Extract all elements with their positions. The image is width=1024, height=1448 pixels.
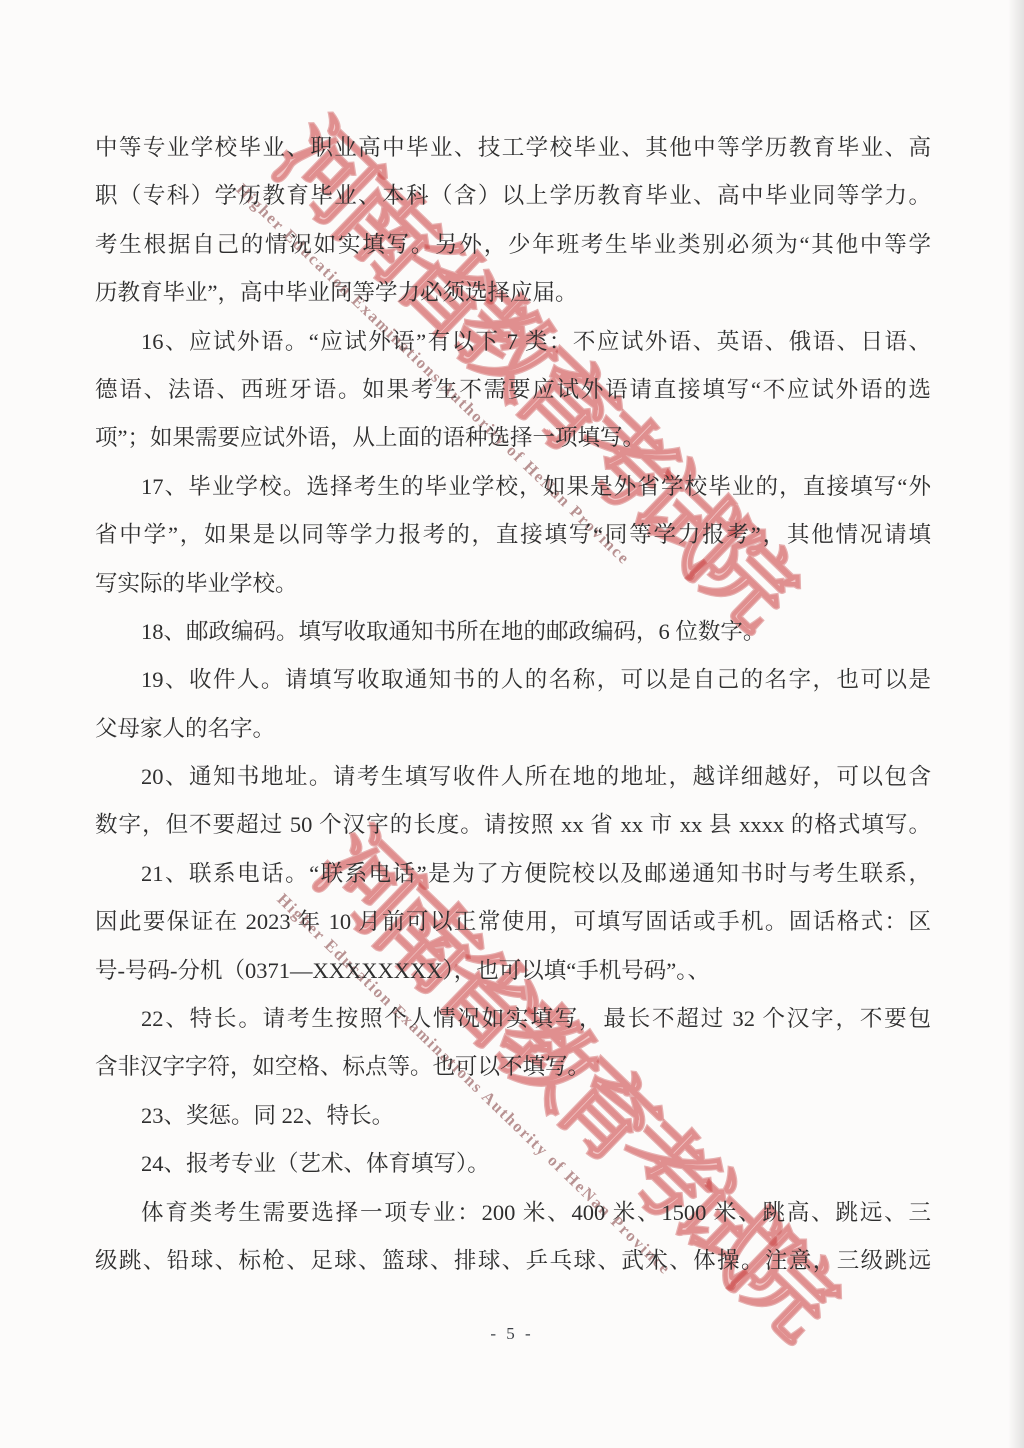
text-line: 历教育毕业”，高中毕业同等学力必须选择应届。 (95, 269, 931, 317)
text-line: 体育类考生需要选择一项专业：200 米、400 米、1500 米、跳高、跳远、三 (95, 1189, 931, 1237)
text-line: 级跳、铅球、标枪、足球、篮球、排球、乒乓球、武术、体操。注意，三级跳远 (95, 1237, 931, 1285)
paragraph: 24、报考专业（艺术、体育填写）。 (95, 1140, 931, 1188)
paragraph: 21、联系电话。“联系电话”是为了方便院校以及邮递通知书时与考生联系，因此要保证… (95, 850, 931, 995)
page-number: - 5 - (0, 1324, 1024, 1344)
text-line: 含非汉字字符，如空格、标点等。也可以不填写。 (95, 1043, 931, 1091)
paragraph: 22、特长。请考生按照个人情况如实填写，最长不超过 32 个汉字，不要包含非汉字… (95, 995, 931, 1092)
scan-edge-shadow (1008, 0, 1024, 1448)
paragraph: 18、邮政编码。填写收取通知书所在地的邮政编码，6 位数字。 (95, 608, 931, 656)
document-page: 河南省教育考试院 Higher Education Examinations A… (0, 0, 1024, 1448)
text-line: 22、特长。请考生按照个人情况如实填写，最长不超过 32 个汉字，不要包 (95, 995, 931, 1043)
paragraph: 体育类考生需要选择一项专业：200 米、400 米、1500 米、跳高、跳远、三… (95, 1189, 931, 1286)
paragraph: 17、毕业学校。选择考生的毕业学校，如果是外省学校毕业的，直接填写“外省中学”，… (95, 463, 931, 608)
text-line: 17、毕业学校。选择考生的毕业学校，如果是外省学校毕业的，直接填写“外 (95, 463, 931, 511)
text-line: 数字，但不要超过 50 个汉字的长度。请按照 xx 省 xx 市 xx 县 xx… (95, 801, 931, 849)
text-line: 24、报考专业（艺术、体育填写）。 (95, 1140, 931, 1188)
text-line: 中等专业学校毕业、职业高中毕业、技工学校毕业、其他中等学历教育毕业、高 (95, 124, 931, 172)
text-line: 19、收件人。请填写收取通知书的人的名称，可以是自己的名字，也可以是 (95, 656, 931, 704)
text-line: 号-号码-分机（0371—XXXXXXXX），也可以填“手机号码”。、 (95, 947, 931, 995)
text-line: 18、邮政编码。填写收取通知书所在地的邮政编码，6 位数字。 (95, 608, 931, 656)
text-line: 写实际的毕业学校。 (95, 560, 931, 608)
paragraph: 23、奖惩。同 22、特长。 (95, 1092, 931, 1140)
paragraph: 16、应试外语。“应试外语”有以下 7 类：不应试外语、英语、俄语、日语、德语、… (95, 318, 931, 463)
paragraph: 中等专业学校毕业、职业高中毕业、技工学校毕业、其他中等学历教育毕业、高职（专科）… (95, 124, 931, 318)
text-line: 16、应试外语。“应试外语”有以下 7 类：不应试外语、英语、俄语、日语、 (95, 318, 931, 366)
text-line: 21、联系电话。“联系电话”是为了方便院校以及邮递通知书时与考生联系， (95, 850, 931, 898)
text-line: 20、通知书地址。请考生填写收件人所在地的地址，越详细越好，可以包含 (95, 753, 931, 801)
text-line: 职（专科）学历教育毕业、本科（含）以上学历教育毕业、高中毕业同等学力。 (95, 172, 931, 220)
text-line: 23、奖惩。同 22、特长。 (95, 1092, 931, 1140)
text-line: 德语、法语、西班牙语。如果考生不需要应试外语请直接填写“不应试外语的选 (95, 366, 931, 414)
text-line: 父母家人的名字。 (95, 705, 931, 753)
text-line: 因此要保证在 2023 年 10 月前可以正常使用，可填写固话或手机。固话格式：… (95, 898, 931, 946)
paragraph: 19、收件人。请填写收取通知书的人的名称，可以是自己的名字，也可以是父母家人的名… (95, 656, 931, 753)
paragraph: 20、通知书地址。请考生填写收件人所在地的地址，越详细越好，可以包含数字，但不要… (95, 753, 931, 850)
text-line: 考生根据自己的情况如实填写。另外，少年班考生毕业类别必须为“其他中等学 (95, 221, 931, 269)
document-body: 中等专业学校毕业、职业高中毕业、技工学校毕业、其他中等学历教育毕业、高职（专科）… (95, 124, 931, 1285)
text-line: 省中学”，如果是以同等学力报考的，直接填写“同等学力报考”，其他情况请填 (95, 511, 931, 559)
text-line: 项”；如果需要应试外语，从上面的语种选择一项填写。 (95, 414, 931, 462)
